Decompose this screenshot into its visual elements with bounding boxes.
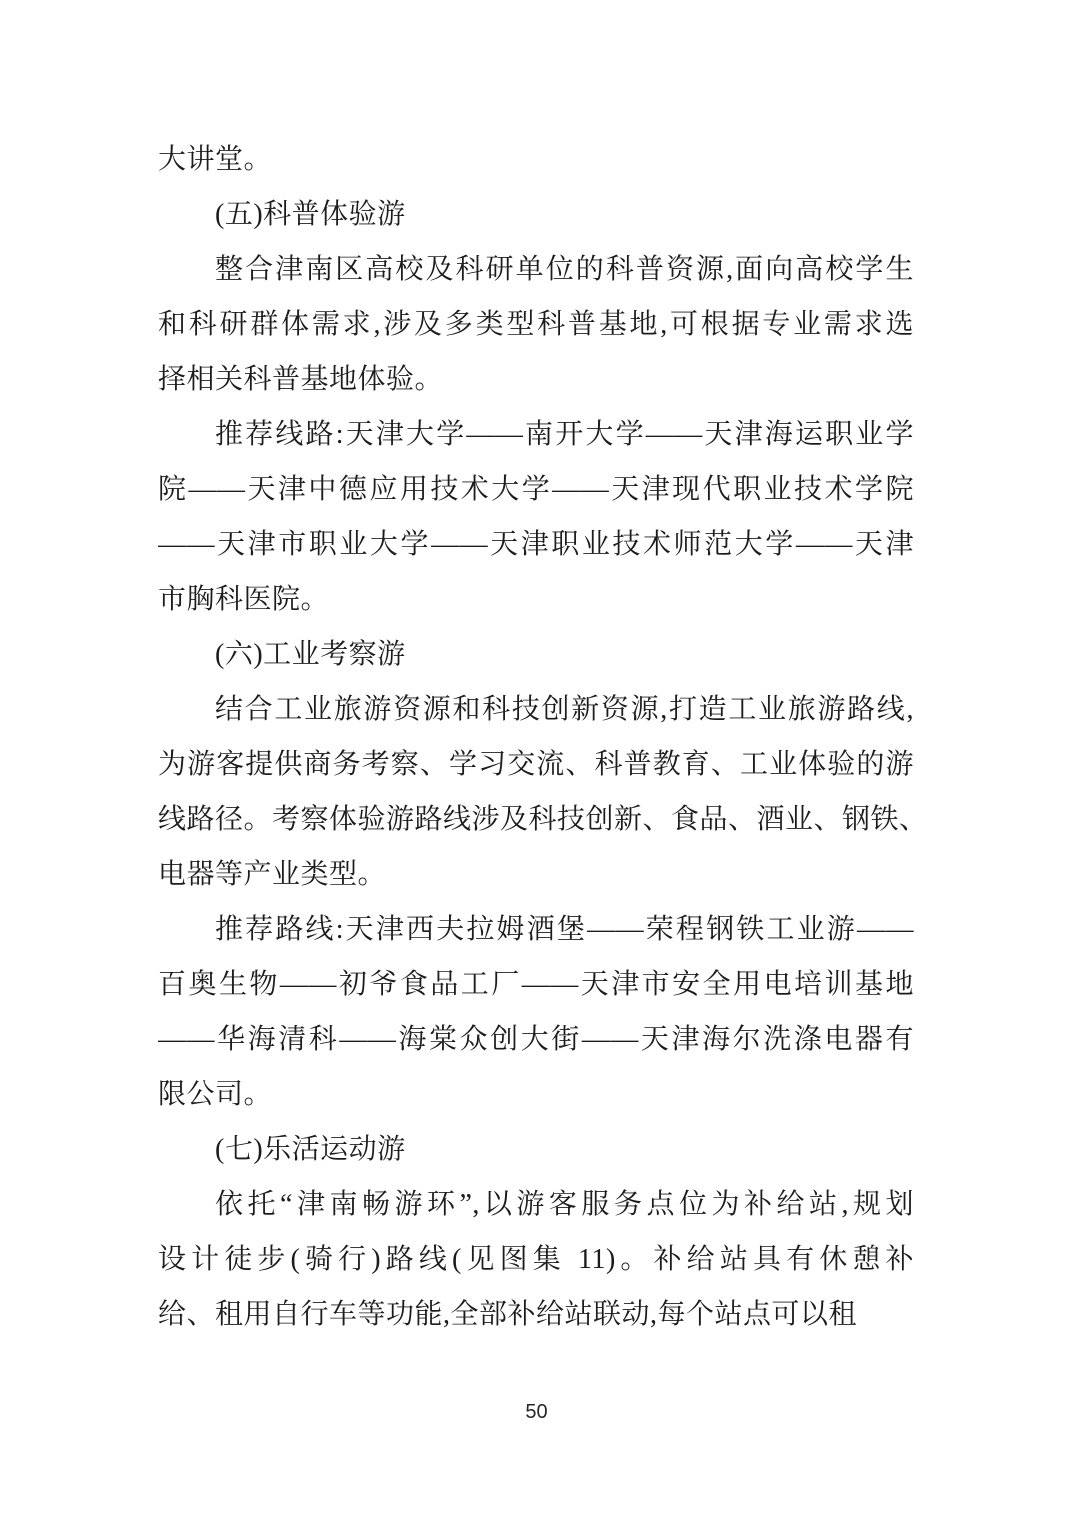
- paragraph: 结合工业旅游资源和科技创新资源,打造工业旅游路线,为游客提供商务考察、学习交流、…: [158, 682, 914, 902]
- paragraph: (七)乐活运动游: [158, 1122, 914, 1177]
- page-number: 50: [0, 1401, 1073, 1424]
- text-line: ——华海清科——海棠众创大街——天津海尔洗涤电器有: [158, 1012, 914, 1067]
- text-line: 择相关科普基地体验。: [158, 352, 914, 407]
- text-line: 给、租用自行车等功能,全部补给站联动,每个站点可以租: [158, 1287, 914, 1342]
- text-line: 院——天津中德应用技术大学——天津现代职业技术学院: [158, 462, 914, 517]
- document-body: 大讲堂。(五)科普体验游整合津南区高校及科研单位的科普资源,面向高校学生和科研群…: [158, 132, 914, 1342]
- text-line: (六)工业考察游: [158, 627, 914, 682]
- paragraph: 推荐路线:天津西夫拉姆酒堡——荣程钢铁工业游——百奥生物——初爷食品工厂——天津…: [158, 902, 914, 1122]
- paragraph: 整合津南区高校及科研单位的科普资源,面向高校学生和科研群体需求,涉及多类型科普基…: [158, 242, 914, 407]
- document-page: 大讲堂。(五)科普体验游整合津南区高校及科研单位的科普资源,面向高校学生和科研群…: [0, 0, 1073, 1519]
- text-line: 推荐线路:天津大学——南开大学——天津海运职业学: [158, 407, 914, 462]
- text-line: 限公司。: [158, 1067, 914, 1122]
- text-line: (七)乐活运动游: [158, 1122, 914, 1177]
- paragraph: 依托“津南畅游环”,以游客服务点位为补给站,规划设计徒步(骑行)路线(见图集 1…: [158, 1177, 914, 1342]
- paragraph: 推荐线路:天津大学——南开大学——天津海运职业学院——天津中德应用技术大学——天…: [158, 407, 914, 627]
- text-line: 依托“津南畅游环”,以游客服务点位为补给站,规划: [158, 1177, 914, 1232]
- paragraph: 大讲堂。: [158, 132, 914, 187]
- text-line: 设计徒步(骑行)路线(见图集 11)。补给站具有休憩补: [158, 1232, 914, 1287]
- paragraph: (六)工业考察游: [158, 627, 914, 682]
- text-line: 市胸科医院。: [158, 572, 914, 627]
- text-line: 百奥生物——初爷食品工厂——天津市安全用电培训基地: [158, 957, 914, 1012]
- text-line: (五)科普体验游: [158, 187, 914, 242]
- text-line: 大讲堂。: [158, 132, 914, 187]
- text-line: 线路径。考察体验游路线涉及科技创新、食品、酒业、钢铁、: [158, 792, 914, 847]
- paragraph: (五)科普体验游: [158, 187, 914, 242]
- text-line: 推荐路线:天津西夫拉姆酒堡——荣程钢铁工业游——: [158, 902, 914, 957]
- text-line: 结合工业旅游资源和科技创新资源,打造工业旅游路线,: [158, 682, 914, 737]
- text-line: 为游客提供商务考察、学习交流、科普教育、工业体验的游: [158, 737, 914, 792]
- text-line: ——天津市职业大学——天津职业技术师范大学——天津: [158, 517, 914, 572]
- text-line: 电器等产业类型。: [158, 847, 914, 902]
- text-line: 整合津南区高校及科研单位的科普资源,面向高校学生: [158, 242, 914, 297]
- text-line: 和科研群体需求,涉及多类型科普基地,可根据专业需求选: [158, 297, 914, 352]
